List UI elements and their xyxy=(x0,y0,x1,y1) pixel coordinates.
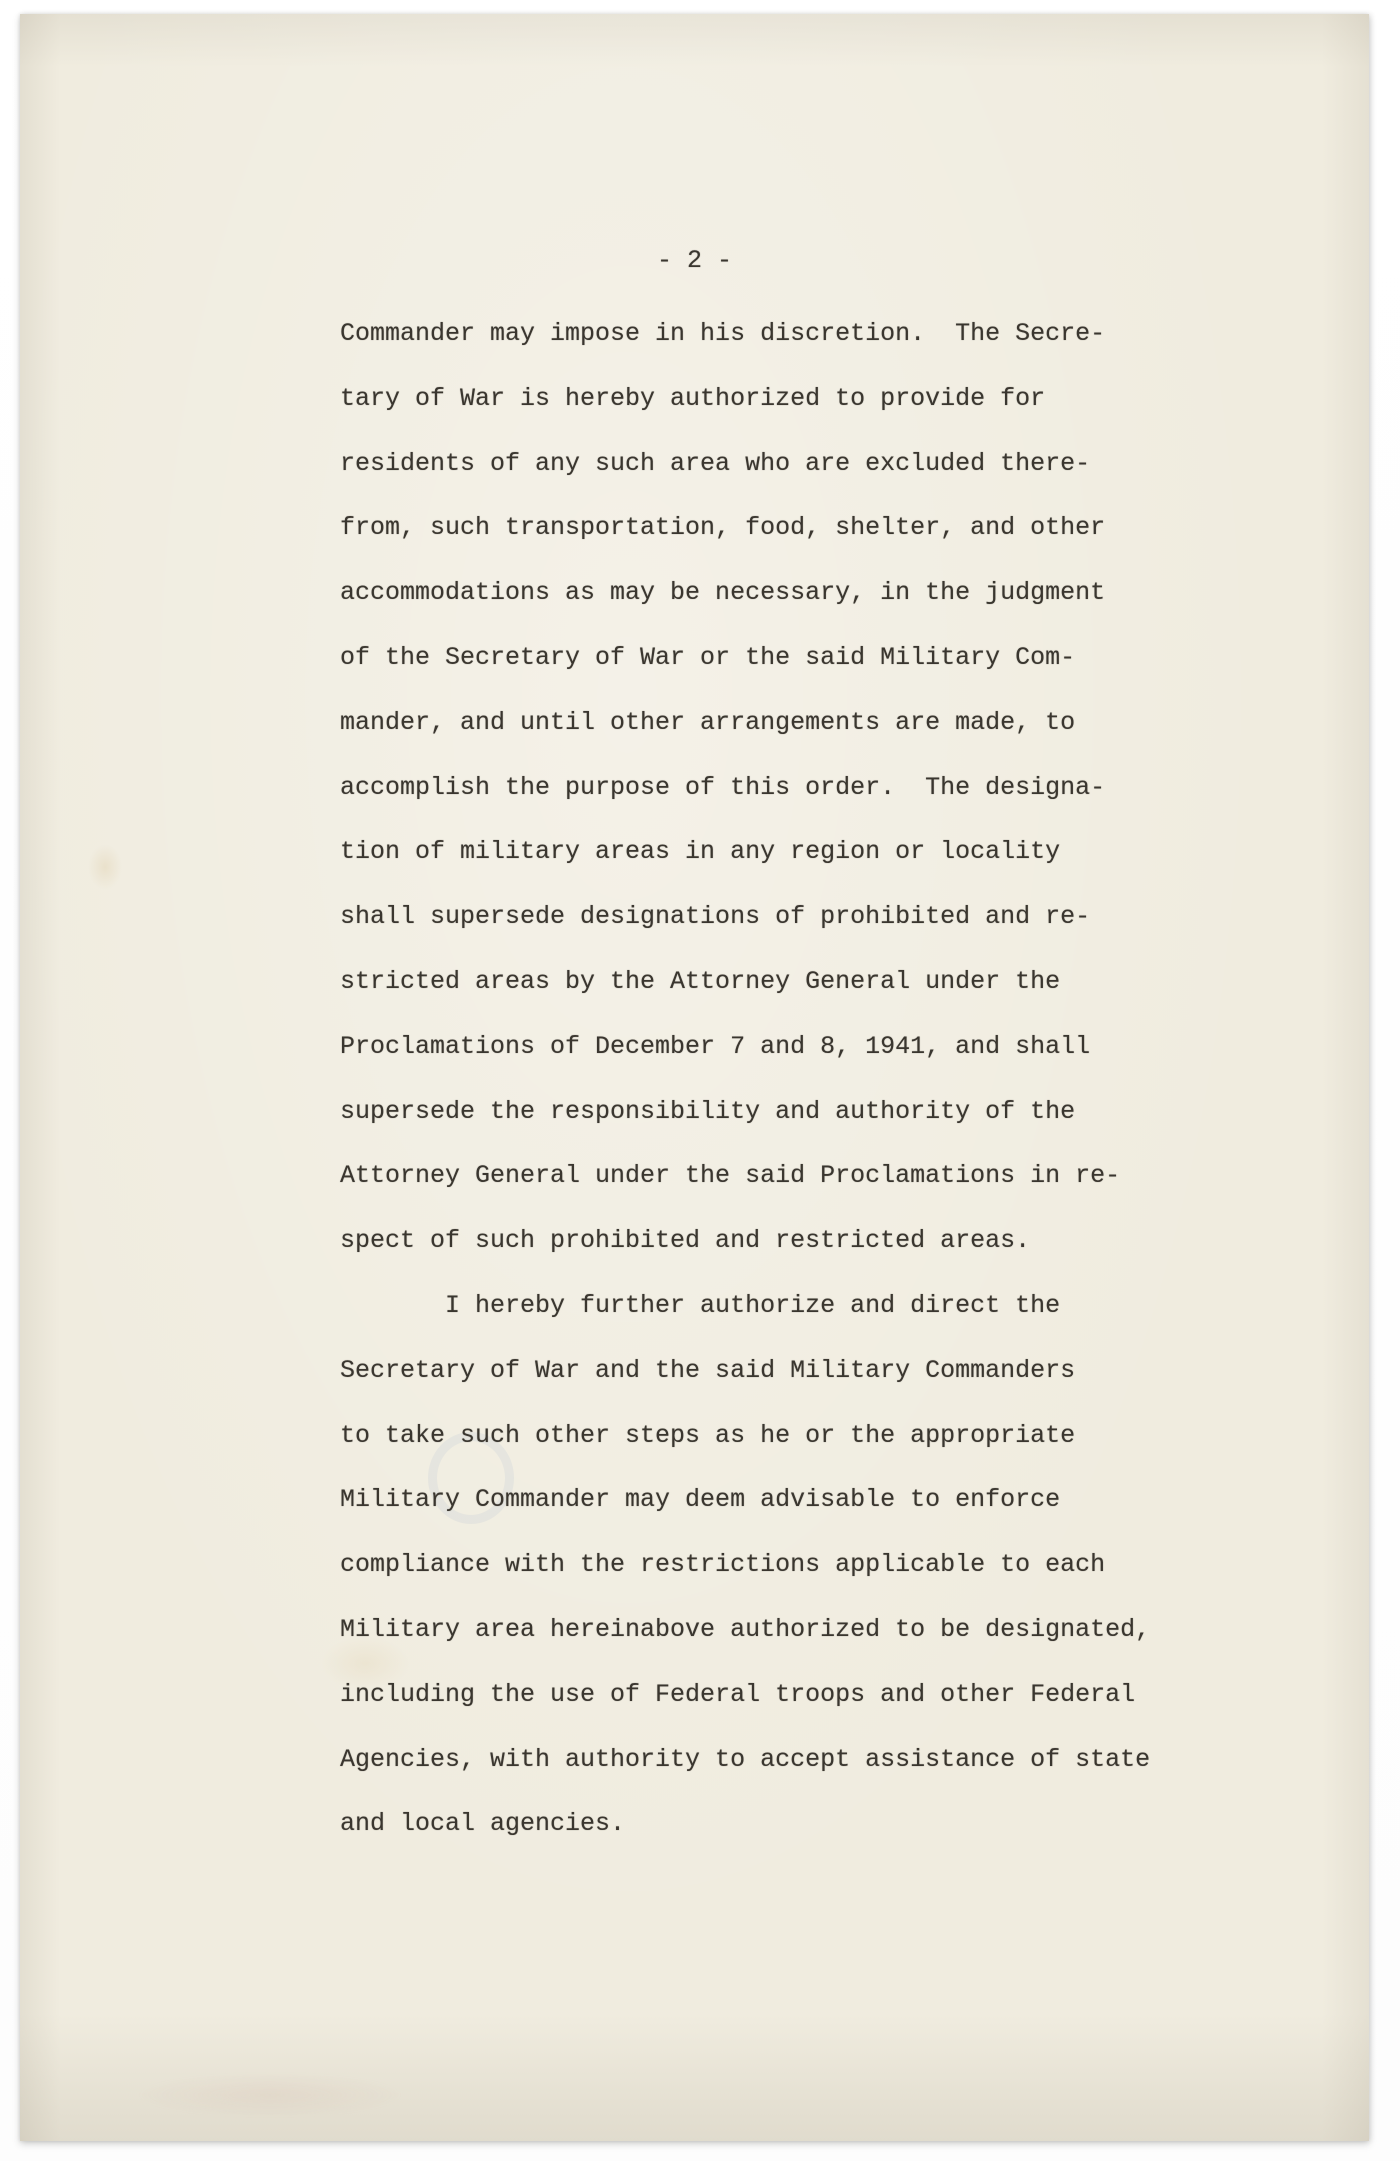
document-page: - 2 - Commander may impose in his discre… xyxy=(20,14,1369,2141)
paper-stain xyxy=(88,844,122,890)
page-number: - 2 - xyxy=(20,246,1369,276)
faded-stamp-mark xyxy=(140,2074,400,2116)
scan-background: - 2 - Commander may impose in his discre… xyxy=(0,0,1400,2161)
typewritten-text: Commander may impose in his discretion. … xyxy=(340,302,1150,1857)
